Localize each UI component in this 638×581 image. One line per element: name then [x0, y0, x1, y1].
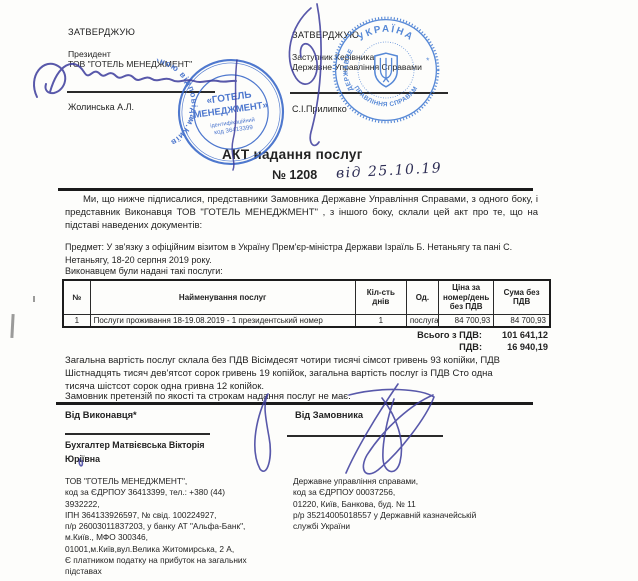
- detail-line: 01220, Київ, Банкова, буд. № 11: [293, 499, 538, 510]
- cell-number: 1: [63, 314, 90, 327]
- table-row: 1 Послуги проживання 18-19.08.2019 - 1 п…: [63, 314, 550, 327]
- svg-text:УКРАЇНА: УКРАЇНА: [356, 24, 416, 44]
- approver-role-left-1: Президент: [68, 49, 111, 60]
- approve-label-left: ЗАТВЕРДЖУЮ: [68, 27, 135, 37]
- customer-details: Державне управління справами,код за ЄДРП…: [293, 476, 538, 532]
- detail-line: п/р 26003011837203, у банку АТ "Альфа-Ба…: [65, 521, 300, 532]
- totals-block: Всього з ПДВ: 101 641,12 ПДВ: 16 940,19: [332, 330, 548, 353]
- col-header-number: №: [63, 280, 90, 314]
- total-with-vat-value: 101 641,12: [482, 330, 548, 342]
- detail-line: Є платником податку на прибуток на загал…: [65, 555, 300, 566]
- detail-line: код за ЄДРПОУ 00037256,: [293, 487, 538, 498]
- svg-text:ДЕРЖАВНЕ: ДЕРЖАВНЕ: [343, 48, 355, 92]
- detail-line: р/р 35214005018557 у Державній казначейс…: [293, 510, 538, 521]
- subject-paragraph: Предмет: У зв'язку з офіційним візитом в…: [65, 241, 533, 267]
- cell-sum: 84 700,93: [494, 314, 550, 327]
- col-header-sum: Сума без ПДВ: [494, 280, 550, 314]
- detail-line: Державне управління справами,: [293, 476, 538, 487]
- horizontal-rule-top: [58, 188, 533, 191]
- hotel-company-stamp: м.Київ * Україна * Товариство з обмежено…: [156, 37, 305, 186]
- customer-heading: Від Замовника: [295, 410, 363, 420]
- table-header-row: № Найменування послуг Кіл-сть днів Од. Ц…: [63, 280, 550, 314]
- amount-in-words-paragraph: Загальна вартість послуг склала без ПДВ …: [65, 354, 523, 393]
- signature-line-executor: [65, 433, 210, 435]
- executor-signer-name: Бухгалтер Матвієвська Вікторія Юріївна: [65, 439, 217, 466]
- cell-days: 1: [355, 314, 406, 327]
- services-table: № Найменування послуг Кіл-сть днів Од. Ц…: [62, 279, 551, 328]
- signature-line-customer: [287, 435, 443, 437]
- state-administration-stamp: УКРАЇНА ДЕРЖАВНЕ УПРАВЛІННЯ СПРАВАМИ * *: [330, 14, 442, 126]
- vat-value: 16 940,19: [482, 342, 548, 354]
- scan-artifact: [10, 314, 14, 338]
- trident-emblem-icon: [375, 53, 397, 87]
- detail-line: 3932222,: [65, 499, 300, 510]
- no-claims-line: Замовник претензій по якості та строкам …: [65, 391, 351, 402]
- col-header-service-name: Найменування послуг: [90, 280, 355, 314]
- detail-line: підставах: [65, 566, 300, 577]
- handwritten-date: від 25.10.19: [336, 160, 443, 182]
- total-with-vat-label: Всього з ПДВ:: [332, 330, 482, 342]
- cell-price: 84 700,93: [439, 314, 494, 327]
- approver-name-left: Жолинська А.Л.: [68, 102, 134, 112]
- vat-label: ПДВ:: [332, 342, 482, 354]
- intro-paragraph: Ми, що нижче підписалися, представники З…: [65, 193, 538, 232]
- detail-line: ТОВ "ГОТЕЛЬ МЕНЕДЖМЕНТ",: [65, 476, 300, 487]
- customer-bottom-signature: [346, 384, 434, 474]
- dus-stamp-left-text: ДЕРЖАВНЕ: [343, 48, 355, 92]
- cell-service-name: Послуги проживання 18-19.08.2019 - 1 пре…: [90, 314, 355, 327]
- document-page: ЗАТВЕРДЖУЮ Президент ТОВ "ГОТЕЛЬ МЕНЕДЖМ…: [0, 0, 638, 581]
- col-header-unit: Од.: [406, 280, 438, 314]
- scan-artifact: [33, 296, 35, 302]
- executor-details: ТОВ "ГОТЕЛЬ МЕНЕДЖМЕНТ",код за ЄДРПОУ 36…: [65, 476, 300, 578]
- detail-line: ІПН 364133926597, № свід. 100224927,: [65, 510, 300, 521]
- cell-unit: послуга: [406, 314, 438, 327]
- dus-stamp-top-text: УКРАЇНА: [356, 24, 416, 44]
- services-intro: Виконавцем були надані такі послуги:: [65, 266, 223, 276]
- dus-stamp-star-right: *: [426, 55, 430, 65]
- executor-heading: Від Виконавця*: [65, 410, 137, 420]
- detail-line: 01001,м.Київ,вул.Велика Житомирська, 2 А…: [65, 544, 300, 555]
- horizontal-rule-bottom: [56, 402, 533, 405]
- detail-line: службі України: [293, 521, 538, 532]
- dus-stamp-star-left: *: [340, 55, 344, 65]
- detail-line: код за ЄДРПОУ 36413399, тел.: +380 (44): [65, 487, 300, 498]
- detail-line: м.Київ., МФО 300346,: [65, 532, 300, 543]
- col-header-price: Ціна за номер/день без ПДВ: [439, 280, 494, 314]
- col-header-days: Кіл-сть днів: [355, 280, 406, 314]
